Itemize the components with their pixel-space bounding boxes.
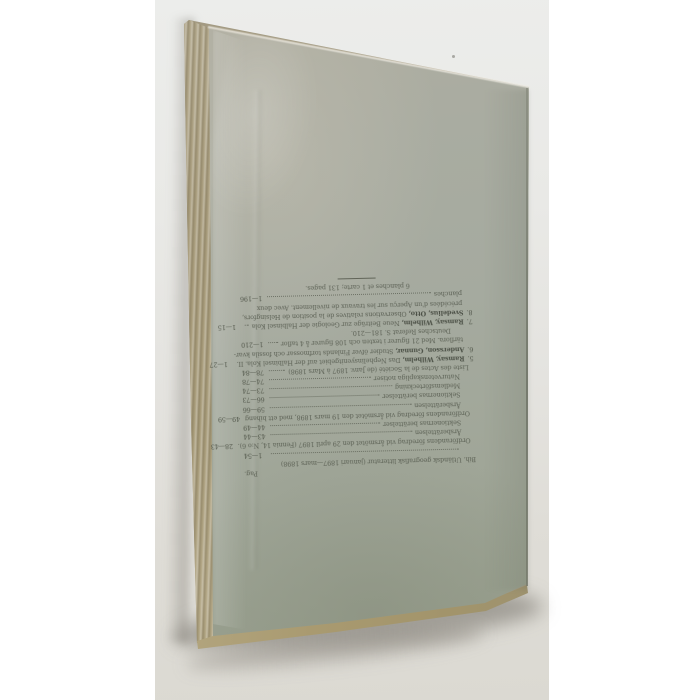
toc-leader <box>245 325 249 326</box>
cover-right-edge <box>526 88 529 586</box>
toc-end-rule <box>338 278 376 280</box>
toc-txt: Årsberättelsen <box>415 427 462 437</box>
toc-pg: 73—74 <box>242 385 266 395</box>
toc-pg: 1—15 <box>218 322 242 332</box>
toc-pg: 66—73 <box>242 395 266 405</box>
toc-txt: planches <box>434 289 462 299</box>
toc-pg: 74—78 <box>242 376 266 386</box>
toc-pg: 28—43 <box>211 441 235 451</box>
toc-pg: 43—44 <box>243 431 267 441</box>
toc-leader <box>269 377 371 380</box>
toc-leader <box>270 423 380 427</box>
toc-num: 5. <box>464 353 473 362</box>
toc-pg: 1—54 <box>244 450 268 460</box>
photo-backdrop: Pag.Bih. Utländsk geografisk litteratur … <box>155 0 549 700</box>
toc-leader <box>268 342 278 343</box>
book: Pag.Bih. Utländsk geografisk litteratur … <box>155 0 549 700</box>
toc-leader <box>270 395 380 399</box>
toc-txt: Sektionernas berättelser <box>382 390 460 401</box>
toc-num: 7. <box>464 316 473 325</box>
toc-bname: Andersson, Gunnar, <box>395 344 464 355</box>
toc-pg: 1—196 <box>240 294 264 304</box>
toc-pg: 49—59 <box>218 414 242 424</box>
toc-pg: 1—27 <box>209 359 233 369</box>
toc-txt: Årsberättelsen <box>414 399 461 409</box>
toc-leader <box>270 403 412 407</box>
toc-leader <box>271 448 459 454</box>
toc-txt: Medlemsförteckning <box>395 381 460 392</box>
toc-bname: Ramsay, Wilhelm, <box>401 316 463 327</box>
toc-num: 6. <box>464 344 473 353</box>
toc-leader <box>269 385 392 389</box>
toc-bname: Ramsay, Wilhelm, <box>402 353 464 364</box>
toc-bname: Svedelius, Otto, <box>409 307 464 318</box>
toc-pg: 59—66 <box>243 404 267 414</box>
table-of-contents-upside-down: Pag.Bih. Utländsk geografisk litteratur … <box>240 274 477 478</box>
cover-shade-right <box>485 90 529 590</box>
toc-pg: 1—210 <box>241 339 265 349</box>
toc-pg: 78—84 <box>242 367 266 377</box>
toc-pg: 44—49 <box>243 422 267 432</box>
toc-num: 8. <box>463 307 472 316</box>
toc-leader <box>270 431 412 435</box>
toc-leader <box>269 370 286 371</box>
toc-leader <box>267 293 431 298</box>
toc-txt: Pag. <box>244 468 258 478</box>
